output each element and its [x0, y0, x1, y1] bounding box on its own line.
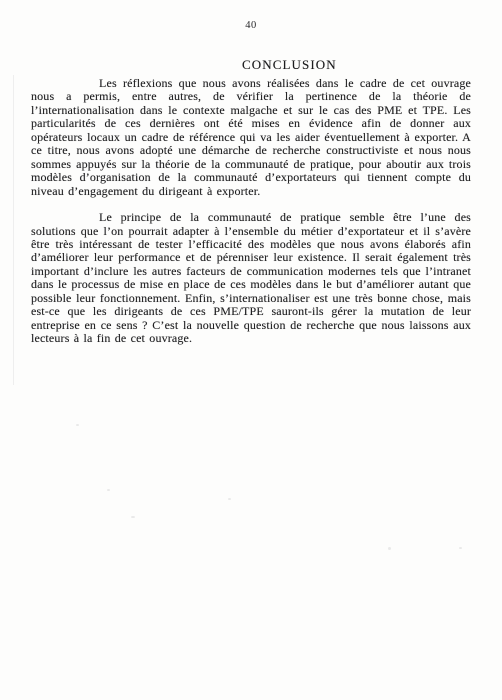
page-number: 40	[0, 20, 502, 31]
page-body: Les réflexions que nous avons réalisées …	[31, 77, 471, 346]
scan-speckle	[228, 498, 231, 500]
scan-speckle	[388, 547, 391, 550]
paragraph-2: Le principe de la communauté de pratique…	[31, 211, 471, 346]
paragraph-1: Les réflexions que nous avons réalisées …	[31, 77, 471, 198]
scan-speckle	[131, 516, 135, 518]
scan-speckle	[459, 547, 462, 549]
scan-speckle	[76, 424, 79, 426]
scan-edge-artifact	[13, 75, 14, 385]
scan-speckle	[107, 489, 110, 491]
scanned-book-page: 40 CONCLUSION Les réflexions que nous av…	[0, 0, 502, 700]
chapter-title: CONCLUSION	[242, 57, 337, 73]
